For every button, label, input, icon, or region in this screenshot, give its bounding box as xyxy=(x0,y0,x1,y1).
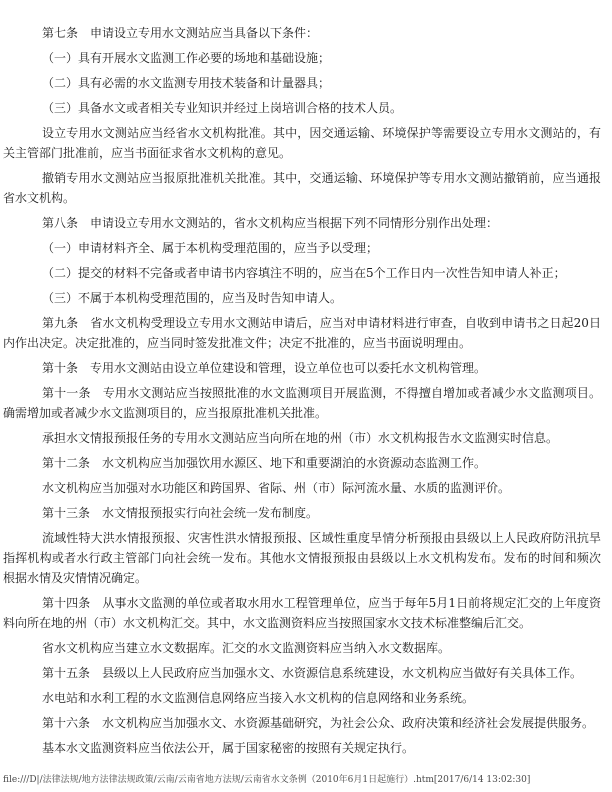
paragraph-article-12: 第十二条 水文机构应当加强饮用水源区、地下和重要湖泊的水资源动态监测工作。 xyxy=(3,453,601,473)
paragraph-article-8: 第八条 申请设立专用水文测站的，省水文机构应当根据下列不同情形分别作出处理： xyxy=(3,213,601,233)
document-body: 第七条 申请设立专用水文测站应当具备以下条件： （一）具有开展水文监测工作必要的… xyxy=(3,23,601,763)
paragraph-article-9: 第九条 省水文机构受理设立专用水文测站申请后，应当对申请材料进行审查，自收到申请… xyxy=(3,313,601,353)
paragraph-article-11: 第十一条 专用水文测站应当按照批准的水文监测项目开展监测，不得擅自增加或者减少水… xyxy=(3,383,601,423)
footer-file-path: file:///D|/法律法规/地方法律法规政策/云南/云南省地方法规/云南省水… xyxy=(3,775,530,786)
paragraph-article-10: 第十条 专用水文测站由设立单位建设和管理，设立单位也可以委托水文机构管理。 xyxy=(3,358,601,378)
paragraph-article-14: 第十四条 从事水文监测的单位或者取水用水工程管理单位，应当于每年5月1日前将规定… xyxy=(3,593,601,633)
paragraph-article-11-report: 承担水文情报预报任务的专用水文测站应当向所在地的州（市）水文机构报告水文监测实时… xyxy=(3,428,601,448)
paragraph-article-14-database: 省水文机构应当建立水文数据库。汇交的水文监测资料应当纳入水文数据库。 xyxy=(3,638,601,658)
paragraph-article-8-item-1: （一）申请材料齐全、属于本机构受理范围的，应当予以受理； xyxy=(3,238,601,258)
paragraph-article-13-release: 流域性特大洪水情报预报、灾害性洪水情报预报、区域性重度旱情分析预报由县级以上人民… xyxy=(3,528,601,588)
paragraph-article-7: 第七条 申请设立专用水文测站应当具备以下条件： xyxy=(3,23,601,43)
paragraph-article-15: 第十五条 县级以上人民政府应当加强水文、水资源信息系统建设，水文机构应当做好有关… xyxy=(3,663,601,683)
paragraph-article-8-item-3: （三）不属于本机构受理范围的，应当及时告知申请人。 xyxy=(3,288,601,308)
paragraph-article-15-network: 水电站和水利工程的水文监测信息网络应当接入水文机构的信息网络和业务系统。 xyxy=(3,688,601,708)
paragraph-article-13: 第十三条 水文情报预报实行向社会统一发布制度。 xyxy=(3,503,601,523)
paragraph-article-7-item-3: （三）具备水文或者相关专业知识并经过上岗培训合格的技术人员。 xyxy=(3,98,601,118)
paragraph-article-16: 第十六条 水文机构应当加强水文、水资源基础研究，为社会公众、政府决策和经济社会发… xyxy=(3,713,601,733)
paragraph-revoke-approval: 撤销专用水文测站应当报原批准机关批准。其中，交通运输、环境保护等专用水文测站撤销… xyxy=(3,168,601,208)
paragraph-article-12-evaluation: 水文机构应当加强对水功能区和跨国界、省际、州（市）际河流水量、水质的监测评价。 xyxy=(3,478,601,498)
paragraph-article-7-item-1: （一）具有开展水文监测工作必要的场地和基础设施； xyxy=(3,48,601,68)
document-page: 第七条 申请设立专用水文测站应当具备以下条件： （一）具有开展水文监测工作必要的… xyxy=(0,0,612,792)
paragraph-article-7-item-2: （二）具有必需的水文监测专用技术装备和计量器具； xyxy=(3,73,601,93)
paragraph-article-8-item-2: （二）提交的材料不完备或者申请书内容填注不明的，应当在5个工作日内一次性告知申请… xyxy=(3,263,601,283)
paragraph-article-16-public: 基本水文监测资料应当依法公开，属于国家秘密的按照有关规定执行。 xyxy=(3,738,601,758)
paragraph-establish-approval: 设立专用水文测站应当经省水文机构批准。其中，因交通运输、环境保护等需要设立专用水… xyxy=(3,123,601,163)
